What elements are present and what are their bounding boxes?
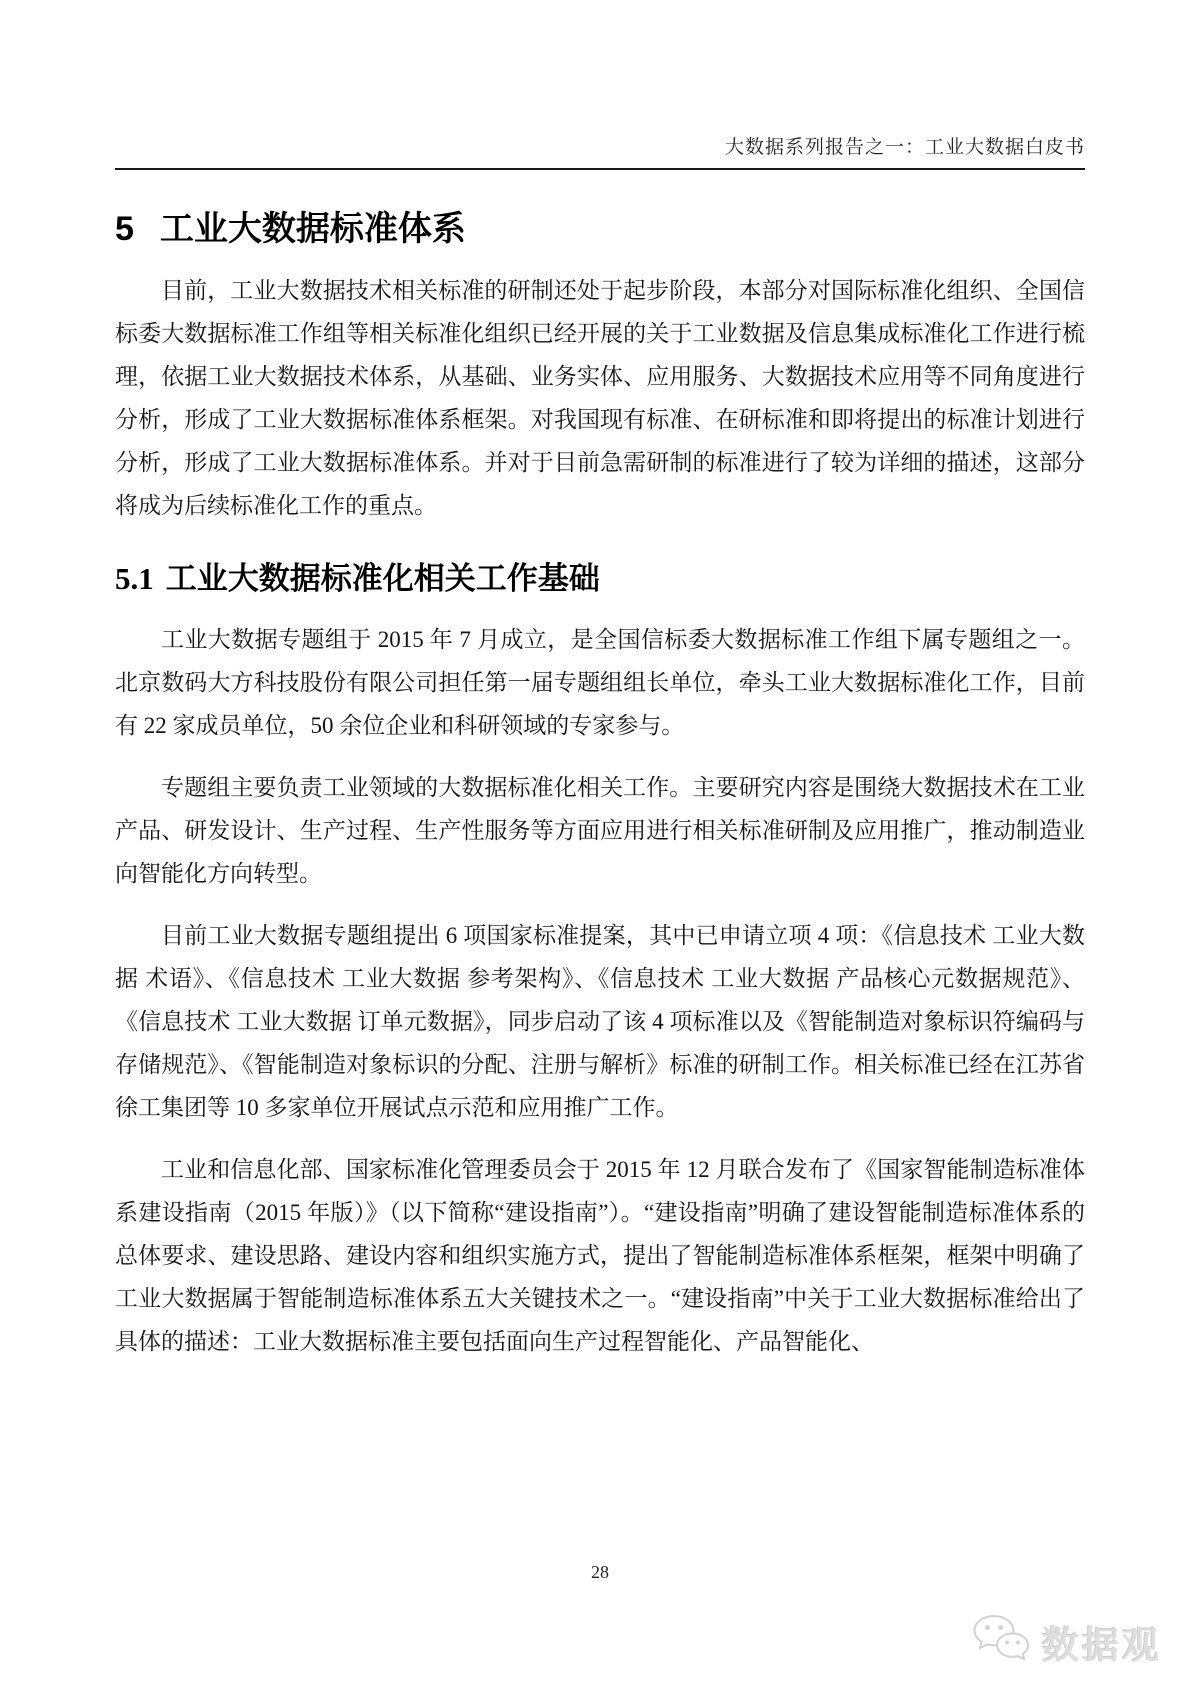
section-number: 5	[115, 210, 134, 248]
section-title-text: 工业大数据标准体系	[160, 210, 466, 248]
body-paragraph-3: 目前工业大数据专题组提出 6 项国家标准提案，其中已申请立项 4 项：《信息技术…	[115, 914, 1085, 1129]
wechat-chat-bubbles-icon	[970, 1613, 1032, 1670]
document-page: 大数据系列报告之一：工业大数据白皮书 5工业大数据标准体系 目前，工业大数据技术…	[0, 0, 1200, 1696]
watermark-label: 数据观	[1042, 1615, 1162, 1669]
subsection-title-text: 工业大数据标准化相关工作基础	[166, 561, 600, 596]
watermark: 数据观	[970, 1613, 1162, 1670]
page-number: 28	[0, 1562, 1200, 1583]
section-intro-paragraph: 目前，工业大数据技术相关标准的研制还处于起步阶段，本部分对国际标准化组织、全国信…	[115, 269, 1085, 527]
body-paragraph-4: 工业和信息化部、国家标准化管理委员会于 2015 年 12 月联合发布了《国家智…	[115, 1148, 1085, 1363]
subsection-heading: 5.1工业大数据标准化相关工作基础	[115, 557, 1085, 601]
section-heading: 5工业大数据标准体系	[115, 206, 1085, 252]
page-header: 大数据系列报告之一：工业大数据白皮书	[115, 0, 1085, 170]
body-paragraph-2: 专题组主要负责工业领域的大数据标准化相关工作。主要研究内容是围绕大数据技术在工业…	[115, 766, 1085, 895]
running-head-text: 大数据系列报告之一：工业大数据白皮书	[725, 137, 1085, 158]
body-paragraph-1: 工业大数据专题组于 2015 年 7 月成立，是全国信标委大数据标准工作组下属专…	[115, 618, 1085, 747]
page-content: 大数据系列报告之一：工业大数据白皮书 5工业大数据标准体系 目前，工业大数据技术…	[115, 0, 1085, 1363]
subsection-number: 5.1	[115, 561, 154, 596]
